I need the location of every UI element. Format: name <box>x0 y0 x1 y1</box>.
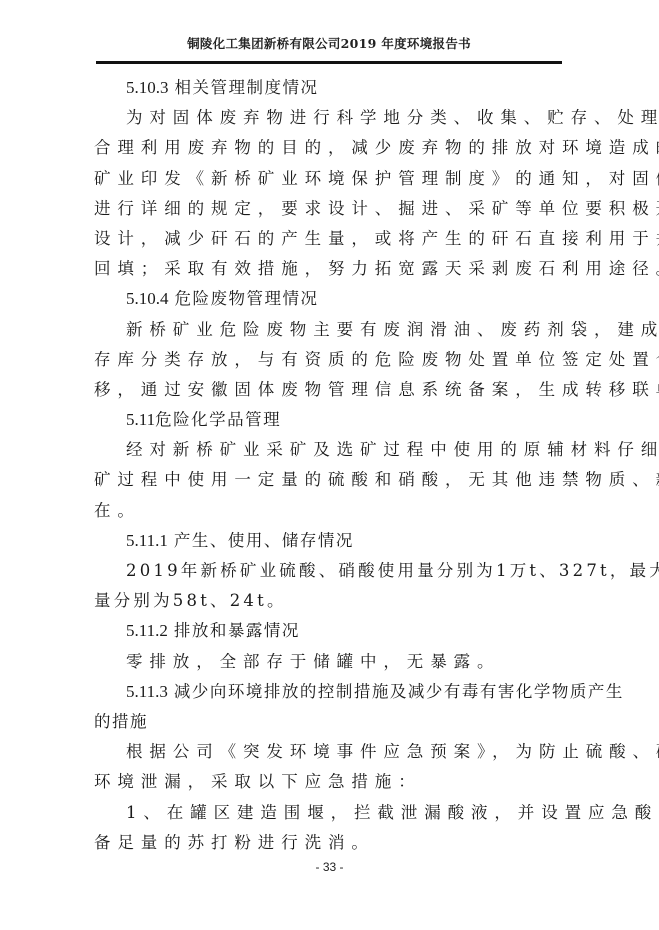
paragraph-line: 存库分类存放，与有资质的危险废物处置单位签定处置合同，定期转 <box>94 345 566 375</box>
section-number: 5.11.1 <box>126 531 168 550</box>
paragraph-line: 1、在罐区建造围堰，拦截泄漏酸液，并设置应急酸泵回收。储 <box>94 798 566 828</box>
section-heading-5-11-2: 5.11.2排放和暴露情况 <box>94 616 566 646</box>
document-body: 5.10.3相关管理制度情况 为对固体废弃物进行科学地分类、收集、贮存、处理，从… <box>94 73 566 858</box>
section-heading-5-11-3: 5.11.3减少向环境排放的控制措施及减少有毒有害化学物质产生 <box>94 677 566 707</box>
section-number: 5.11.3 <box>126 682 168 701</box>
paragraph-line: 为对固体废弃物进行科学地分类、收集、贮存、处理，从而达到 <box>94 103 566 133</box>
paragraph-line: 经对新桥矿业采矿及选矿过程中使用的原辅材料仔细核查，在选 <box>94 435 566 465</box>
paragraph-line: 量分别为58t、24t。 <box>94 586 566 616</box>
paragraph-line: 在。 <box>94 496 566 526</box>
paragraph-line: 备足量的苏打粉进行洗消。 <box>94 828 566 858</box>
section-heading-5-11: 5.11危险化学品管理 <box>94 405 566 435</box>
paragraph-line: 合理利用废弃物的目的，减少废弃物的排放对环境造成的影响，新桥 <box>94 133 566 163</box>
paragraph-line: 环境泄漏，采取以下应急措施： <box>94 767 566 797</box>
section-title: 产生、使用、储存情况 <box>174 531 354 550</box>
section-title: 相关管理制度情况 <box>175 78 319 97</box>
paragraph-line: 进行详细的规定，要求设计、掘进、采矿等单位要积极开展方案优化 <box>94 194 566 224</box>
paragraph-line: 矿业印发《新桥矿业环境保护管理制度》的通知，对固体废物的处置 <box>94 164 566 194</box>
page-header: 铜陵化工集团新桥有限公司2019 年度环境报告书 <box>96 34 562 54</box>
paragraph-line: 移，通过安徽固体废物管理信息系统备案，生成转移联单。 <box>94 375 566 405</box>
section-number: 5.11.2 <box>126 621 168 640</box>
section-title: 减少向环境排放的控制措施及减少有毒有害化学物质产生 <box>174 682 624 701</box>
paragraph-line: 根据公司《突发环境事件应急预案》，为防止硫酸、硝酸意外向 <box>94 737 566 767</box>
section-heading-5-11-1: 5.11.1产生、使用、储存情况 <box>94 526 566 556</box>
section-title: 危险废物管理情况 <box>175 289 319 308</box>
paragraph-line: 回填；采取有效措施，努力拓宽露天采剥废石利用途径。 <box>94 254 566 284</box>
section-number: 5.10.4 <box>126 289 169 308</box>
section-heading-5-10-3: 5.10.3相关管理制度情况 <box>94 73 566 103</box>
section-title: 危险化学品管理 <box>155 410 281 429</box>
paragraph-line: 新桥矿业危险废物主要有废润滑油、废药剂袋，建成危险废物暂 <box>94 315 566 345</box>
section-number: 5.11 <box>126 410 155 429</box>
section-heading-5-10-4: 5.10.4危险废物管理情况 <box>94 284 566 314</box>
paragraph-line: 2019年新桥矿业硫酸、硝酸使用量分别为1万t、327t，最大储存 <box>94 556 566 586</box>
paragraph-line: 零排放，全部存于储罐中，无暴露。 <box>94 647 566 677</box>
section-number: 5.10.3 <box>126 78 169 97</box>
page-number: - 33 - <box>0 860 659 874</box>
section-title-continuation: 的措施 <box>94 707 566 737</box>
paragraph-line: 矿过程中使用一定量的硫酸和硝酸，无其他违禁物质、新化学物质存 <box>94 465 566 495</box>
section-title: 排放和暴露情况 <box>174 621 300 640</box>
header-rule <box>96 61 562 64</box>
paragraph-line: 设计，减少矸石的产生量，或将产生的矸石直接利用于井下废旧巷道 <box>94 224 566 254</box>
